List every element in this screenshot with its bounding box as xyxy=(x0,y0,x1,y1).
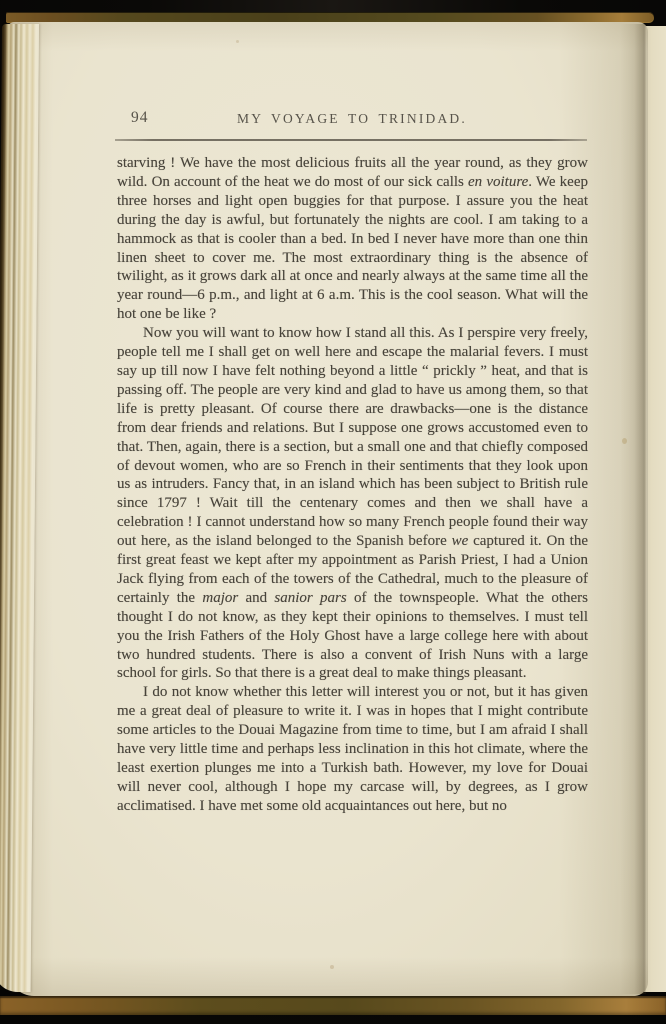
italic-text-run: sanior pars xyxy=(274,590,346,606)
header-rule xyxy=(115,139,587,141)
text-run: . We keep three horses and light open bu… xyxy=(117,174,588,322)
paragraph: Now you will want to know how I stand al… xyxy=(117,324,588,683)
italic-text-run: we xyxy=(452,533,469,549)
text-run: and xyxy=(238,590,274,606)
page-crease-right xyxy=(620,24,646,994)
paragraph: starving ! We have the most delicious fr… xyxy=(117,154,588,324)
paragraph: I do not know whether this letter will i… xyxy=(117,683,588,815)
running-title: MY VOYAGE TO TRINIDAD. xyxy=(117,111,587,127)
text-block: starving ! We have the most delicious fr… xyxy=(117,154,588,816)
book-cover-bottom-edge xyxy=(0,996,666,1015)
photo-background: 94 MY VOYAGE TO TRINIDAD. starving ! We … xyxy=(0,0,666,1024)
italic-text-run: en voiture xyxy=(468,174,528,190)
text-run: Now you will want to know how I stand al… xyxy=(117,325,588,549)
page-header: 94 MY VOYAGE TO TRINIDAD. xyxy=(117,109,587,131)
italic-text-run: major xyxy=(202,590,238,606)
book-page: 94 MY VOYAGE TO TRINIDAD. starving ! We … xyxy=(8,22,648,996)
text-run: I do not know whether this letter will i… xyxy=(117,684,588,813)
